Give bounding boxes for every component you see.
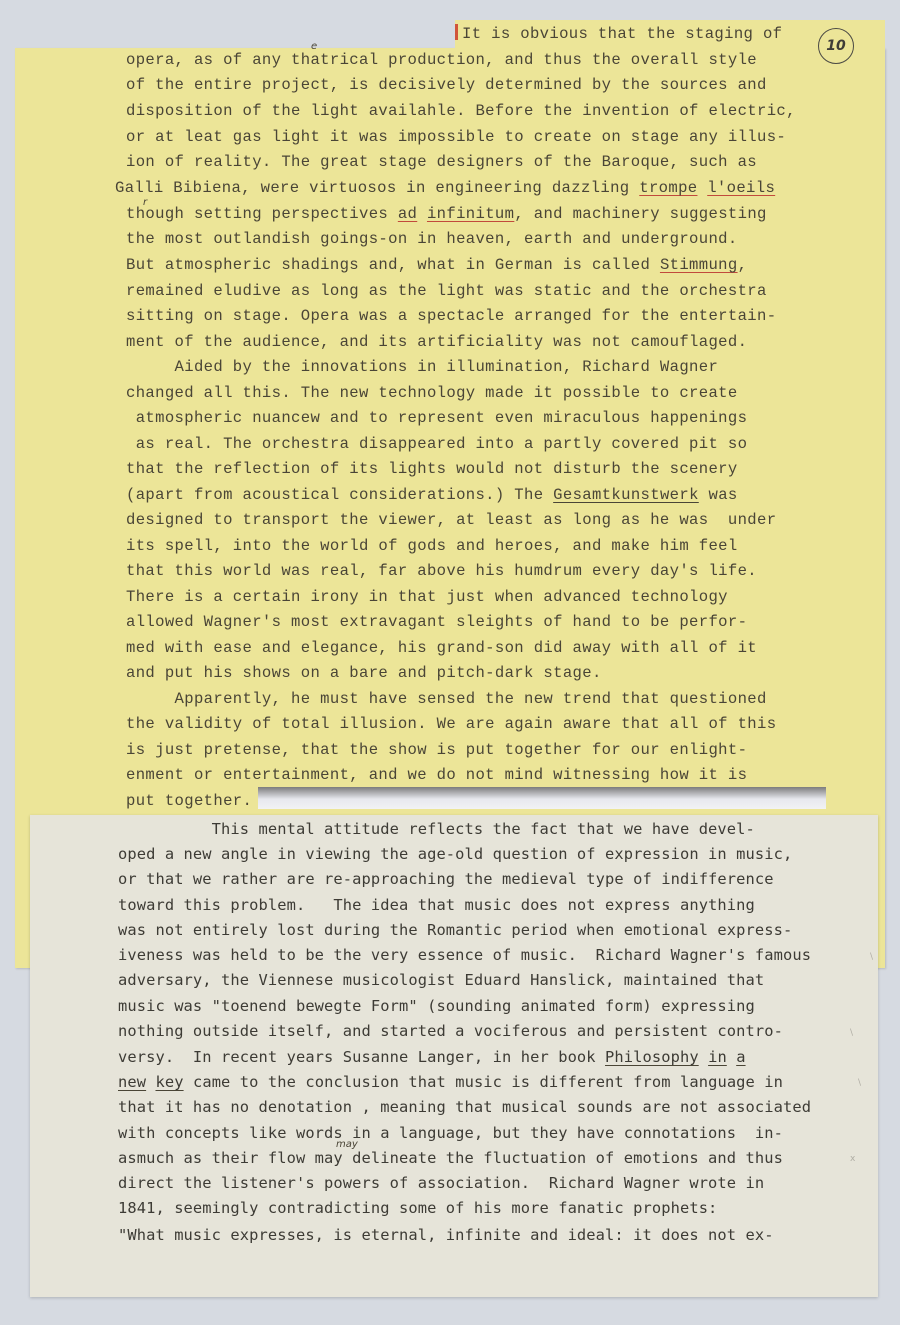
text-line: with concepts like words in a language, … (118, 1126, 783, 1141)
book-title: a (736, 1048, 745, 1066)
text-line: ment of the audience, and its artificial… (126, 335, 747, 351)
text-line: that the reflection of its lights would … (126, 462, 738, 478)
text-line: iveness was held to be the very essence … (118, 948, 811, 963)
book-title: key (155, 1073, 183, 1091)
text-line: that it has no denotation , meaning that… (118, 1100, 811, 1115)
red-margin-mark (455, 24, 458, 40)
text-line: oped a new angle in viewing the age-old … (118, 847, 792, 862)
handwritten-insert-e: e (311, 41, 317, 52)
margin-tick-mark: \ (870, 952, 873, 962)
text-line: But atmospheric shadings and, what in Ge… (126, 258, 747, 274)
book-title: in (708, 1048, 727, 1066)
torn-paper-edge (258, 787, 826, 809)
text-line: is just pretense, that the show is put t… (126, 743, 747, 759)
book-title: Philosophy (605, 1048, 699, 1066)
text-line: This mental attitude reflects the fact t… (118, 822, 755, 837)
text-line: versy. In recent years Susanne Langer, i… (118, 1050, 746, 1065)
text-line: (apart from acoustical considerations.) … (126, 488, 738, 504)
margin-tick-mark: \ (850, 1028, 853, 1038)
text-line: It is obvious that the staging of (462, 27, 782, 43)
text-line: its spell, into the world of gods and he… (126, 539, 738, 555)
text-line: remained eludive as long as the light wa… (126, 284, 767, 300)
text-line: was not entirely lost during the Romanti… (118, 923, 792, 938)
text-line: new key came to the conclusion that musi… (118, 1075, 783, 1090)
text-line: Aided by the innovations in illumination… (126, 360, 718, 376)
text-line: designed to transport the viewer, at lea… (126, 513, 776, 529)
underlined-term: Gesamtkunstwerk (553, 486, 699, 504)
text-line: music was "toenend bewegte Form" (soundi… (118, 999, 755, 1014)
text-line: that this world was real, far above his … (126, 564, 757, 580)
text-line: asmuch as their flow may delineate the f… (118, 1151, 783, 1166)
text-line: opera, as of any thatrical production, a… (126, 53, 757, 69)
text-line: direct the listener's powers of associat… (118, 1176, 764, 1191)
text-line: or at leat gas light it was impossible t… (126, 130, 786, 146)
text-line: the validity of total illusion. We are a… (126, 717, 776, 733)
underlined-term: Stimmung (660, 256, 738, 274)
text-line: and put his shows on a bare and pitch-da… (126, 666, 602, 682)
page-number-circled: 10 (818, 28, 854, 64)
handwritten-insert-may: may (336, 1139, 358, 1150)
text-line: or that we rather are re-approaching the… (118, 872, 774, 887)
underlined-term: ad (398, 205, 417, 223)
text-line: changed all this. The new technology mad… (126, 386, 738, 402)
underlined-term: trompe (639, 179, 697, 197)
text-line: There is a certain irony in that just wh… (126, 590, 728, 606)
text-line: as real. The orchestra disappeared into … (126, 437, 747, 453)
margin-tick-mark: \ (858, 1078, 861, 1088)
handwritten-insert-r: r (143, 197, 147, 208)
text-line: enment or entertainment, and we do not m… (126, 768, 747, 784)
text-line: adversary, the Viennese musicologist Edu… (118, 973, 764, 988)
underlined-term: l'oeils (707, 179, 775, 197)
underlined-term: infinitum (427, 205, 514, 223)
text-line: 1841, seemingly contradicting some of hi… (118, 1201, 717, 1216)
text-line: toward this problem. The idea that music… (118, 898, 755, 913)
text-line: nothing outside itself, and started a vo… (118, 1024, 783, 1039)
text-line: though setting perspectives ad infinitum… (126, 207, 767, 223)
text-line: disposition of the light availahle. Befo… (126, 104, 796, 120)
text-line: the most outlandish goings-on in heaven,… (126, 232, 738, 248)
text-line: "What music expresses, is eternal, infin… (118, 1228, 774, 1243)
text-line: allowed Wagner's most extravagant sleigh… (126, 615, 747, 631)
text-line: ion of reality. The great stage designer… (126, 155, 757, 171)
text-line: put together. (126, 794, 252, 810)
margin-tick-mark: x (850, 1154, 855, 1164)
text-line: of the entire project, is decisively det… (126, 78, 767, 94)
text-line: Galli Bibiena, were virtuosos in enginee… (115, 181, 775, 197)
text-line: sitting on stage. Opera was a spectacle … (126, 309, 776, 325)
book-title: new (118, 1073, 146, 1091)
text-line: atmospheric nuancew and to represent eve… (126, 411, 747, 427)
text-line: Apparently, he must have sensed the new … (126, 692, 767, 708)
text-line: med with ease and elegance, his grand-so… (126, 641, 757, 657)
